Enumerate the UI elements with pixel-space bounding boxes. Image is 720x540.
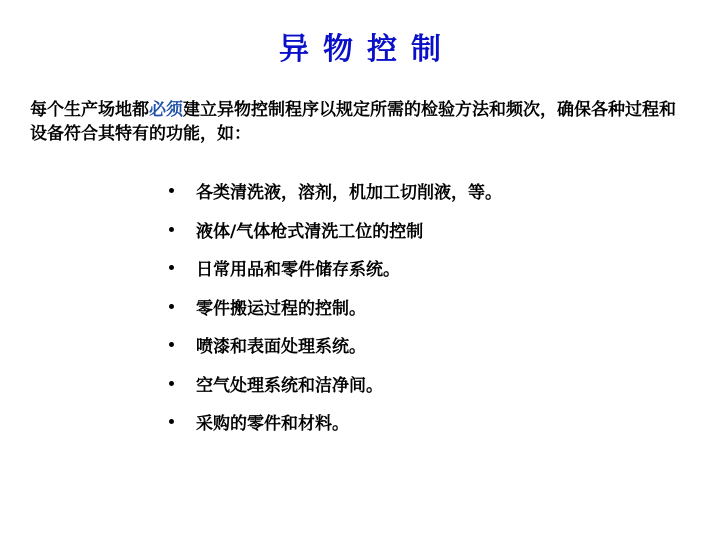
bullet-icon <box>169 381 174 386</box>
intro-text-before: 每个生产场地都 <box>30 100 149 120</box>
bullet-icon <box>169 419 174 424</box>
bullet-icon <box>169 188 174 193</box>
slide-title: 异物控制 <box>0 24 720 68</box>
bullet-icon <box>169 265 174 270</box>
intro-emphasis: 必须 <box>149 100 183 120</box>
bullet-icon <box>169 342 174 347</box>
bullet-text: 日常用品和零件储存系统。 <box>196 255 400 280</box>
bullet-text: 液体/气体枪式清洗工位的控制 <box>196 217 423 242</box>
slide: 异物控制 每个生产场地都必须建立异物控制程序以规定所需的检验方法和频次，确保各种… <box>0 0 720 540</box>
bullet-text: 空气处理系统和洁净间。 <box>196 371 383 396</box>
intro-paragraph: 每个生产场地都必须建立异物控制程序以规定所需的检验方法和频次，确保各种过程和设备… <box>30 98 690 146</box>
bullet-text: 各类清洗液，溶剂，机加工切削液，等。 <box>196 178 502 203</box>
bullet-text: 采购的零件和材料。 <box>196 409 349 434</box>
bullet-icon <box>169 304 174 309</box>
bullet-text: 零件搬运过程的控制。 <box>196 294 366 319</box>
bullet-icon <box>169 227 174 232</box>
bullet-text: 喷漆和表面处理系统。 <box>196 332 366 357</box>
